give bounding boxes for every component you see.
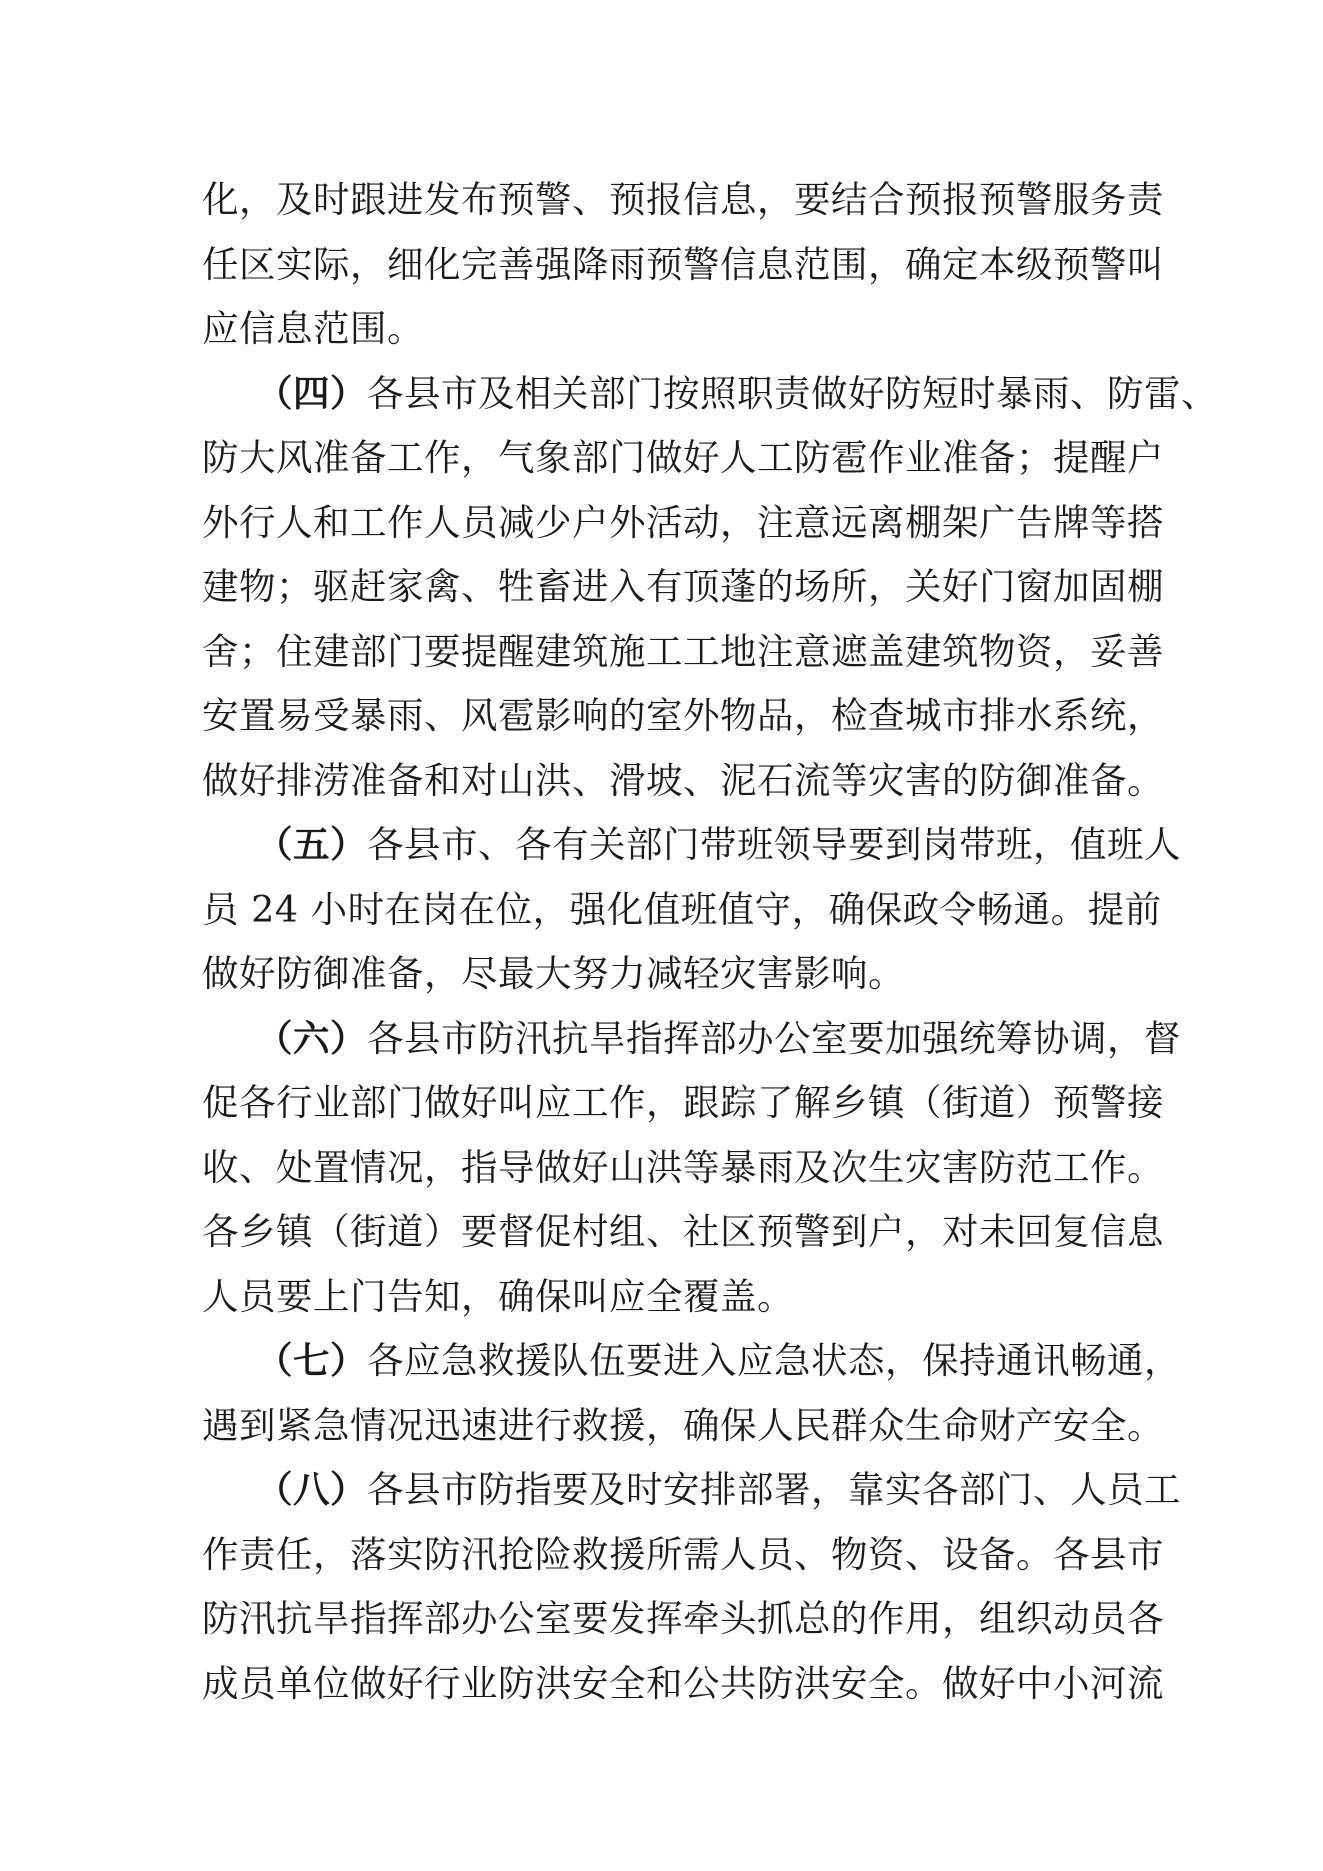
text-line: 外行人和工作人员减少户外活动，注意远离棚架广告牌等搭 xyxy=(202,491,1132,556)
text-line: 作责任，落实防汛抢险救援所需人员、物资、设备。各县市 xyxy=(202,1523,1132,1588)
paragraph-item-4: （四）各县市及相关部门按照职责做好防短时暴雨、防雷、 防大风准备工作，气象部门做… xyxy=(202,362,1132,814)
text-line: 各乡镇（街道）要督促村组、社区预警到户，对未回复信息 xyxy=(202,1200,1132,1265)
text-span: 各县市防指要及时安排部署，靠实各部门、人员工 xyxy=(367,1468,1181,1511)
text-line: 做好防御准备，尽最大努力减轻灾害影响。 xyxy=(202,942,1132,1007)
paragraph-item-8: （八）各县市防指要及时安排部署，靠实各部门、人员工 作责任，落实防汛抢险救援所需… xyxy=(202,1458,1132,1716)
item-number: （八） xyxy=(256,1468,367,1511)
text-line: 收、处置情况，指导做好山洪等暴雨及次生灾害防范工作。 xyxy=(202,1136,1132,1201)
text-line: 成员单位做好行业防洪安全和公共防洪安全。做好中小河流 xyxy=(202,1652,1132,1717)
text-line: 促各行业部门做好叫应工作，跟踪了解乡镇（街道）预警接 xyxy=(202,1071,1132,1136)
text-line: 安置易受暴雨、风雹影响的室外物品，检查城市排水系统， xyxy=(202,684,1132,749)
text-span: 各应急救援队伍要进入应急状态，保持通讯畅通， xyxy=(367,1339,1181,1382)
paragraph-continued: 化，及时跟进发布预警、预报信息，要结合预报预警服务责 任区实际，细化完善强降雨预… xyxy=(202,168,1132,362)
text-line: 人员要上门告知，确保叫应全覆盖。 xyxy=(202,1265,1132,1330)
text-line: 防大风准备工作，气象部门做好人工防雹作业准备；提醒户 xyxy=(202,426,1132,491)
text-line: 防汛抗旱指挥部办公室要发挥牵头抓总的作用，组织动员各 xyxy=(202,1587,1132,1652)
text-line: 遇到紧急情况迅速进行救援，确保人民群众生命财产安全。 xyxy=(202,1394,1132,1459)
text-line: 化，及时跟进发布预警、预报信息，要结合预报预警服务责 xyxy=(202,168,1132,233)
text-span: 各县市防汛抗旱指挥部办公室要加强统筹协调，督 xyxy=(367,1017,1181,1060)
text-line: 员 24 小时在岗在位，强化值班值守，确保政令畅通。提前 xyxy=(202,878,1132,943)
text-span: 各县市、各有关部门带班领导要到岗带班，值班人 xyxy=(367,823,1181,866)
text-line: （六）各县市防汛抗旱指挥部办公室要加强统筹协调，督 xyxy=(202,1007,1132,1072)
text-line: 建物；驱赶家禽、牲畜进入有顶蓬的场所，关好门窗加固棚 xyxy=(202,555,1132,620)
text-line: 舍；住建部门要提醒建筑施工工地注意遮盖建筑物资，妥善 xyxy=(202,620,1132,685)
item-number: （四） xyxy=(256,372,367,415)
text-line: 任区实际，细化完善强降雨预警信息范围，确定本级预警叫 xyxy=(202,233,1132,298)
document-page: 化，及时跟进发布预警、预报信息，要结合预报预警服务责 任区实际，细化完善强降雨预… xyxy=(202,168,1132,1716)
text-line: 应信息范围。 xyxy=(202,297,1132,362)
paragraph-item-7: （七）各应急救援队伍要进入应急状态，保持通讯畅通， 遇到紧急情况迅速进行救援，确… xyxy=(202,1329,1132,1458)
item-number: （七） xyxy=(256,1339,367,1382)
item-number: （六） xyxy=(256,1017,367,1060)
item-number: （五） xyxy=(256,823,367,866)
text-line: （七）各应急救援队伍要进入应急状态，保持通讯畅通， xyxy=(202,1329,1132,1394)
text-line: 做好排涝准备和对山洪、滑坡、泥石流等灾害的防御准备。 xyxy=(202,749,1132,814)
text-line: （四）各县市及相关部门按照职责做好防短时暴雨、防雷、 xyxy=(202,362,1132,427)
text-line: （五）各县市、各有关部门带班领导要到岗带班，值班人 xyxy=(202,813,1132,878)
text-span: 各县市及相关部门按照职责做好防短时暴雨、防雷、 xyxy=(367,372,1218,415)
paragraph-item-6: （六）各县市防汛抗旱指挥部办公室要加强统筹协调，督 促各行业部门做好叫应工作，跟… xyxy=(202,1007,1132,1330)
paragraph-item-5: （五）各县市、各有关部门带班领导要到岗带班，值班人 员 24 小时在岗在位，强化… xyxy=(202,813,1132,1007)
text-line: （八）各县市防指要及时安排部署，靠实各部门、人员工 xyxy=(202,1458,1132,1523)
